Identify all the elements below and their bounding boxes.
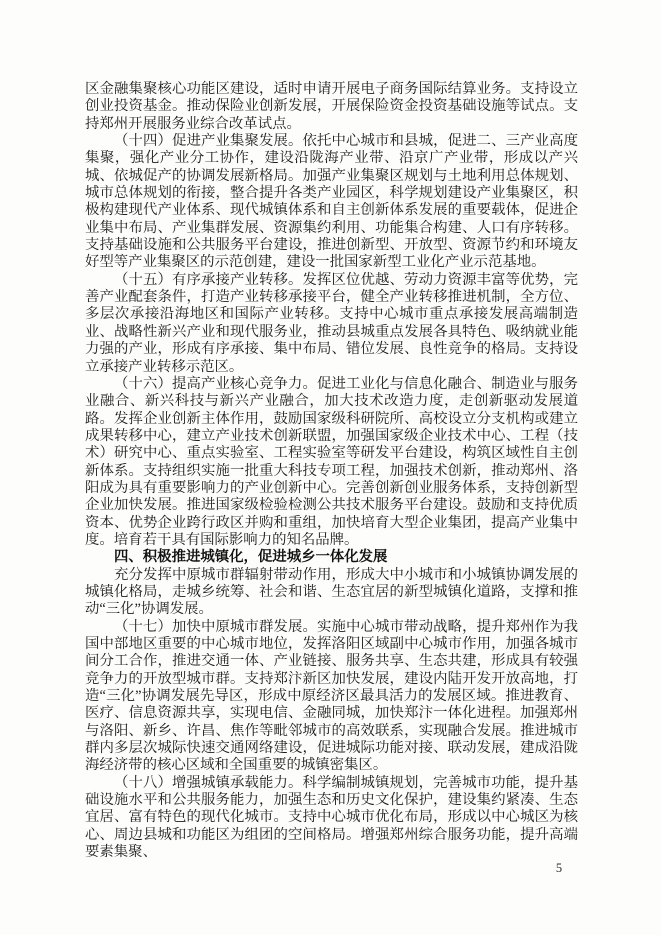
paragraph-item-14: （十四）促进产业集聚发展。依托中心城市和县城，促进二、三产业高度集聚，强化产业分… xyxy=(85,133,578,272)
document-page: 区金融集聚核心功能区建设，适时申请开展电子商务国际结算业务。支持设立创业投资基金… xyxy=(0,0,661,935)
paragraph-item-15: （十五）有序承接产业转移。发挥区位优越、劳动力资源丰富等优势，完善产业配套条件，… xyxy=(85,272,578,376)
paragraph-item-16: （十六）提高产业核心竞争力。促进工业化与信息化融合、制造业与服务业融合、新兴科技… xyxy=(85,376,578,549)
paragraph-continuation: 区金融集聚核心功能区建设，适时申请开展电子商务国际结算业务。支持设立创业投资基金… xyxy=(85,81,578,133)
section-heading-4: 四、积极推进城镇化，促进城乡一体化发展 xyxy=(85,549,578,566)
page-number: 5 xyxy=(549,861,569,876)
paragraph-item-17: （十七）加快中原城市群发展。实施中心城市带动战略，提升郑州作为我国中部地区重要的… xyxy=(85,619,578,775)
document-text-block: 区金融集聚核心功能区建设，适时申请开展电子商务国际结算业务。支持设立创业投资基金… xyxy=(85,81,578,861)
paragraph-item-18: （十八）增强城镇承载能力。科学编制城镇规划，完善城市功能，提升基础设施水平和公共… xyxy=(85,775,578,862)
paragraph-section-intro: 充分发挥中原城市群辐射带动作用，形成大中小城市和小城镇协调发展的城镇化格局，走城… xyxy=(85,567,578,619)
